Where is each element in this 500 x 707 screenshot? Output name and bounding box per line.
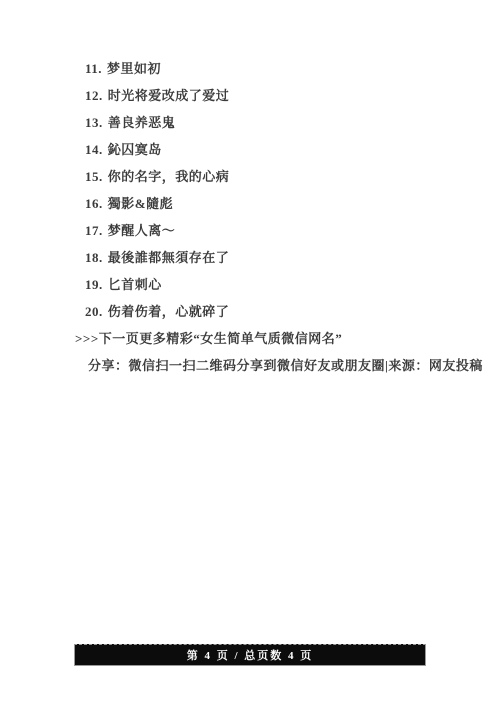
list-item-text: 梦里如初 bbox=[107, 61, 161, 76]
list-item-text: 善良养恶鬼 bbox=[108, 115, 176, 130]
next-page-teaser: >>>下一页更多精彩“女生简单气质微信网名” bbox=[75, 332, 465, 345]
list-item-text: 伤着伤着，心就碎了 bbox=[108, 304, 230, 319]
list-item-number: 17. bbox=[85, 223, 103, 238]
share-source-line: 分享：微信扫一扫二维码分享到微信好友或朋友圈|来源：网友投稿 bbox=[75, 359, 465, 372]
list-item: 14.鈊囚寞岛 bbox=[75, 143, 465, 156]
page-content: 11.梦里如初 12.时光将爱改成了爱过 13.善良养恶鬼 14.鈊囚寞岛 15… bbox=[75, 62, 465, 386]
list-item-text: 最後誰都無須存在了 bbox=[108, 250, 230, 265]
list-item-number: 14. bbox=[85, 142, 103, 157]
list-item-number: 13. bbox=[85, 115, 103, 130]
list-item-number: 18. bbox=[85, 250, 103, 265]
list-item-number: 11. bbox=[85, 61, 102, 76]
list-item-text: 梦醒人离～ bbox=[108, 223, 176, 238]
page-number-text: 第 4 页 / 总页数 4 页 bbox=[187, 647, 314, 663]
list-item-text: 匕首刺心 bbox=[108, 277, 162, 292]
list-item: 19.匕首刺心 bbox=[75, 278, 465, 291]
list-item: 18.最後誰都無須存在了 bbox=[75, 251, 465, 264]
list-item: 17.梦醒人离～ bbox=[75, 224, 465, 237]
list-item-text: 你的名字，我的心病 bbox=[108, 169, 230, 184]
list-item-text: 獨影&隨彪 bbox=[108, 196, 173, 211]
list-item: 11.梦里如初 bbox=[75, 62, 465, 75]
list-item: 16.獨影&隨彪 bbox=[75, 197, 465, 210]
list-item-number: 12. bbox=[85, 88, 103, 103]
list-item-number: 15. bbox=[85, 169, 103, 184]
list-item: 12.时光将爱改成了爱过 bbox=[75, 89, 465, 102]
list-item: 15.你的名字，我的心病 bbox=[75, 170, 465, 183]
list-item-number: 20. bbox=[85, 304, 103, 319]
list-item-number: 16. bbox=[85, 196, 103, 211]
list-item: 13.善良养恶鬼 bbox=[75, 116, 465, 129]
list-item-text: 时光将爱改成了爱过 bbox=[108, 88, 230, 103]
document-page: 11.梦里如初 12.时光将爱改成了爱过 13.善良养恶鬼 14.鈊囚寞岛 15… bbox=[0, 0, 500, 707]
page-number-bar: 第 4 页 / 总页数 4 页 bbox=[74, 644, 426, 666]
list-item-number: 19. bbox=[85, 277, 103, 292]
list-item-text: 鈊囚寞岛 bbox=[108, 142, 162, 157]
list-item: 20.伤着伤着，心就碎了 bbox=[75, 305, 465, 318]
